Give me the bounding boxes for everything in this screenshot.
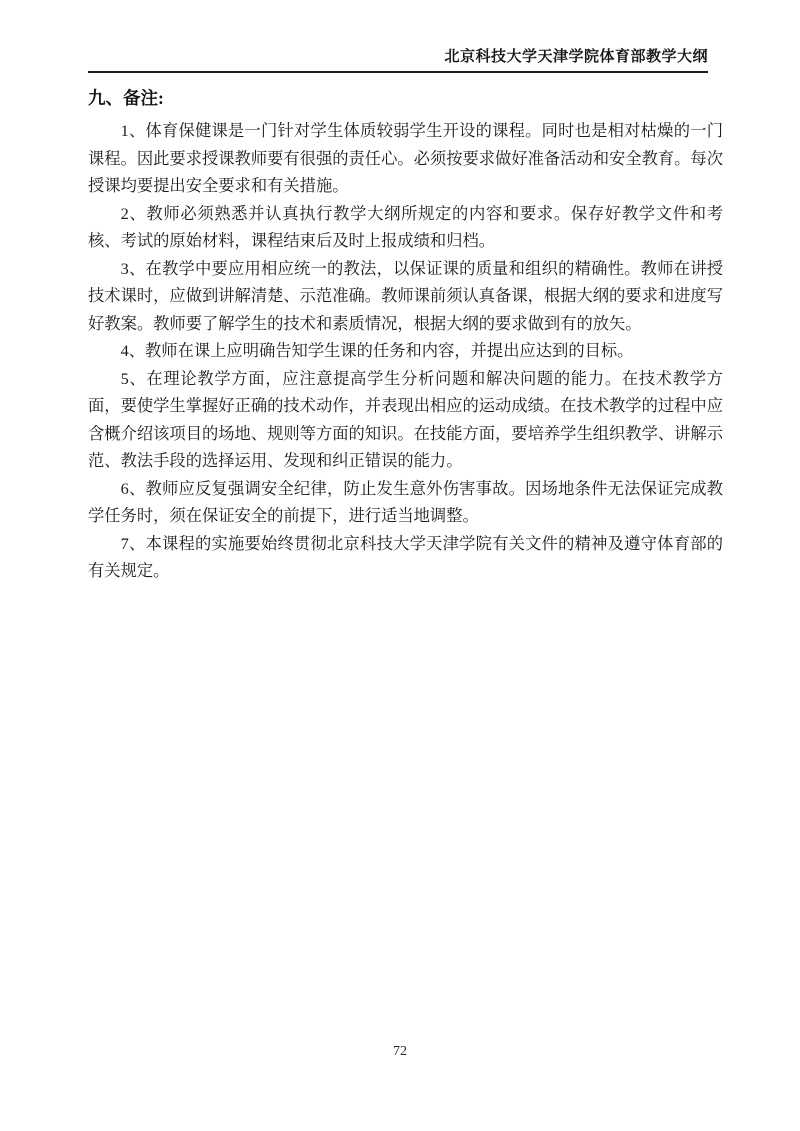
document-body: 九、备注: 1、体育保健课是一门针对学生体质较弱学生开设的课程。同时也是相对枯燥… <box>88 86 723 585</box>
page-header: 北京科技大学天津学院体育部教学大纲 <box>88 48 708 73</box>
document-page: 北京科技大学天津学院体育部教学大纲 九、备注: 1、体育保健课是一门针对学生体质… <box>0 0 800 1131</box>
paragraph-3: 3、在教学中要应用相应统一的教法，以保证课的质量和组织的精确性。教师在讲授技术课… <box>88 255 723 338</box>
paragraph-1: 1、体育保健课是一门针对学生体质较弱学生开设的课程。同时也是相对枯燥的一门课程。… <box>88 117 723 200</box>
header-rule <box>88 71 708 73</box>
paragraph-6: 6、教师应反复强调安全纪律，防止发生意外伤害事故。因场地条件无法保证完成教学任务… <box>88 475 723 530</box>
header-title: 北京科技大学天津学院体育部教学大纲 <box>88 48 708 66</box>
paragraph-7: 7、本课程的实施要始终贯彻北京科技大学天津学院有关文件的精神及遵守体育部的有关规… <box>88 530 723 585</box>
paragraph-5: 5、在理论教学方面，应注意提高学生分析问题和解决问题的能力。在技术教学方面，要使… <box>88 365 723 475</box>
paragraph-4: 4、教师在课上应明确告知学生课的任务和内容，并提出应达到的目标。 <box>88 337 723 365</box>
section-heading: 九、备注: <box>88 86 723 110</box>
page-footer: 72 <box>0 1042 800 1060</box>
paragraph-2: 2、教师必须熟悉并认真执行教学大纲所规定的内容和要求。保存好教学文件和考核、考试… <box>88 200 723 255</box>
page-number: 72 <box>393 1044 407 1059</box>
